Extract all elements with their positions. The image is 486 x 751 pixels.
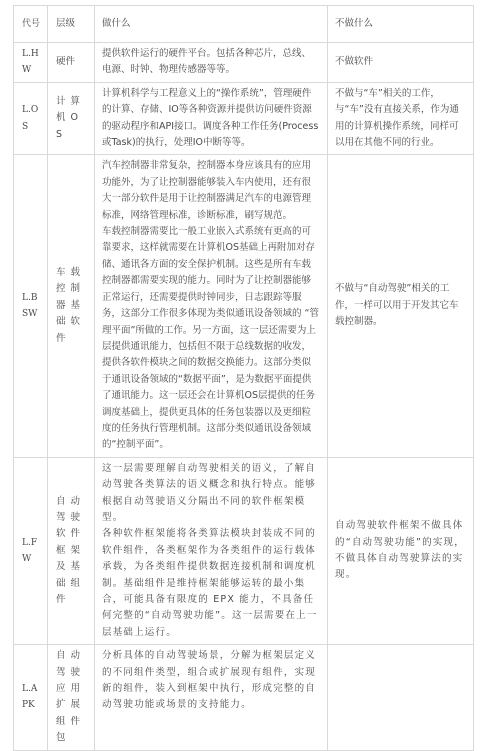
- row-do: 分析具体的自动驾驶场景，分解为框架层定义的不同组件类型，组合或扩展现有组件，实现…: [95, 645, 328, 670]
- table-row: L.HW 硬件 提供软件运行的硬件平台。包括各种芯片，总线、电源、时钟、物理传感…: [14, 43, 474, 83]
- row-code: L.HW: [14, 43, 48, 83]
- row-dont: 不做与“自动驾驶”相关的工作，一样可以用于开发其它车载控制器。: [328, 155, 474, 457]
- header-dont: 不做什么: [328, 6, 474, 43]
- table-row: L.OS 计算机OS 计算机科学与工程意义上的“操作系统”，管理硬件的计算、存储…: [14, 82, 474, 155]
- row-do: 提供软件运行的硬件平台。包括各种芯片，总线、电源、时钟、物理传感器等等。: [95, 43, 328, 83]
- row-do: 这一层需要理解自动驾驶相关的语义，了解自动驾驶各类算法的语义概念和执行特点。能够…: [95, 457, 328, 644]
- row-dont: [328, 645, 474, 670]
- row-layer: 自动驾驶软件框架及基础组件: [48, 457, 95, 644]
- row-code: L.OS: [14, 82, 48, 155]
- table-row: L.APK 自动驾驶应用扩展组件包 分析具体的自动驾驶场景，分解为框架层定义的不…: [14, 645, 474, 670]
- row-do: 计算机科学与工程意义上的“操作系统”，管理硬件的计算、存储、IO等各种资源并提供…: [95, 82, 328, 155]
- table-row: L.BSW 车载控制器基础软件 汽车控制器非常复杂，控制器本身应该具有的应用功能…: [14, 155, 474, 457]
- header-do: 做什么: [95, 6, 328, 43]
- table-row: L.FW 自动驾驶软件框架及基础组件 这一层需要理解自动驾驶相关的语义，了解自动…: [14, 457, 474, 644]
- layer-responsibility-table: 代号 层级 做什么 不做什么 L.HW 硬件 提供软件运行的硬件平台。包括各种芯…: [13, 5, 474, 670]
- row-do-paragraph: 各种软件框架能将各类算法模块封装成不同的软件组件，各类框架作为各类组件的运行载体…: [102, 526, 320, 641]
- row-do-paragraph: 这一层需要理解自动驾驶相关的语义，了解自动驾驶各类算法的语义概念和执行特点。能够…: [102, 461, 320, 527]
- row-do-paragraph: 车载控制器需要比一般工业嵌入式系统有更高的可靠要求，这样就需要在计算机OS基础上…: [102, 224, 320, 454]
- row-code: L.FW: [14, 457, 48, 644]
- row-layer: 车载控制器基础软件: [48, 155, 95, 457]
- header-layer: 层级: [48, 6, 95, 43]
- row-layer: 硬件: [48, 43, 95, 83]
- row-dont: 不做与“车”相关的工作，与“车”没有直接关系，作为通用的计算机操作系统，同样可以…: [328, 82, 474, 155]
- table-header-row: 代号 层级 做什么 不做什么: [14, 6, 474, 43]
- row-layer: 计算机OS: [48, 82, 95, 155]
- row-dont: 自动驾驶软件框架不做具体的“自动驾驶功能”的实现，不做具体自动驾驶算法的实现。: [328, 457, 474, 644]
- header-code: 代号: [14, 6, 48, 43]
- row-code: L.BSW: [14, 155, 48, 457]
- row-layer: 自动驾驶应用扩展组件包: [48, 645, 95, 670]
- row-code: L.APK: [14, 645, 48, 670]
- row-do-paragraph: 汽车控制器非常复杂，控制器本身应该具有的应用功能外，为了让控制器能够装入车内使用…: [102, 158, 320, 224]
- row-do: 汽车控制器非常复杂，控制器本身应该具有的应用功能外，为了让控制器能够装入车内使用…: [95, 155, 328, 457]
- row-dont: 不做软件: [328, 43, 474, 83]
